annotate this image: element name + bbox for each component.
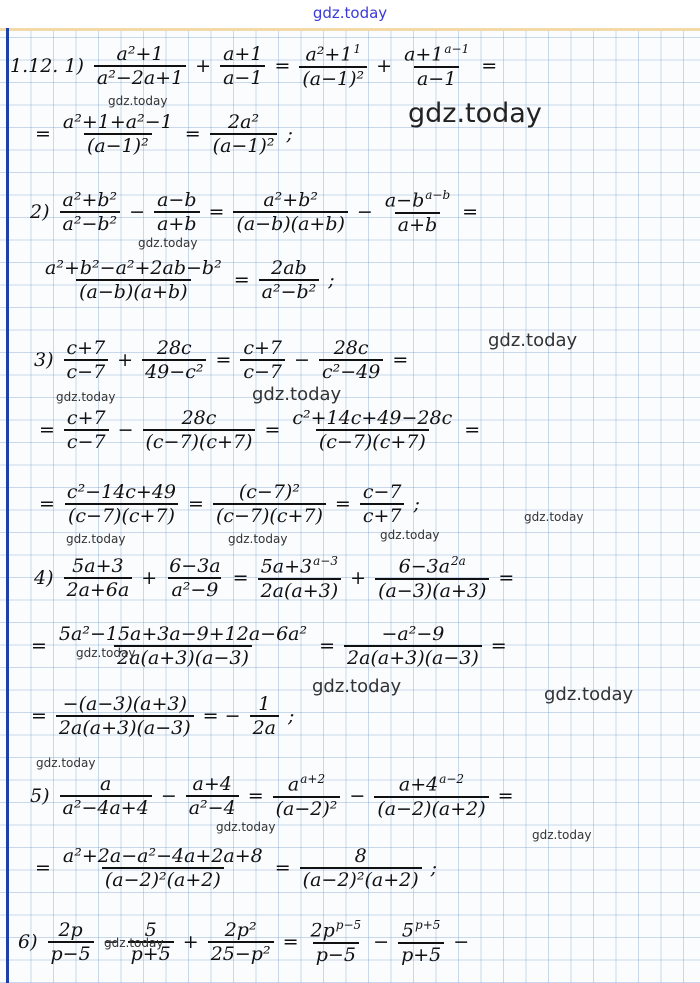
fraction: c+7c−7: [240, 337, 285, 383]
watermark: gdz.today: [36, 756, 95, 770]
fraction: a−ba+b: [154, 189, 199, 235]
fraction: c+7c−7: [64, 337, 109, 383]
fraction: a+4a²−4: [186, 773, 239, 819]
problem-6-line-1: 6) 2pp−5 − 5p+5 + 2p²25−p² = 2pp−5p−5 − …: [18, 912, 474, 972]
fraction: a+1a−1a−1: [401, 42, 472, 89]
exercise-number: 1.12.: [10, 55, 58, 77]
problem-3-line-1: 3) c+7c−7 + 28c49−c² = c+7c−7 − 28cc²−49…: [34, 330, 413, 390]
watermark: gdz.today: [252, 384, 341, 405]
fraction: 5a+32a+6a: [64, 555, 133, 601]
watermark: gdz.today: [408, 98, 542, 129]
watermark: gdz.today: [108, 94, 167, 108]
problem-4-line-1: 4) 5a+32a+6a + 6−3aa²−9 = 5a+3a−32a(a+3)…: [34, 548, 519, 608]
fraction: 2aba²−b²: [259, 257, 320, 303]
fraction: a²+2a−a²−4a+2a+8(a−2)²(a+2): [60, 845, 266, 891]
fraction: 6−3a2a(a−3)(a+3): [375, 554, 489, 601]
margin-line: [6, 28, 9, 983]
problem-2-line-1: 2) a²+b²a²−b² − a−ba+b = a²+b²(a−b)(a+b)…: [30, 182, 483, 242]
watermark: gdz.today: [66, 532, 125, 546]
problem-5-line-2: = a²+2a−a²−4a+2a+8(a−2)²(a+2) = 8(a−2)²(…: [30, 838, 442, 898]
site-watermark-header: gdz.today: [0, 0, 700, 28]
fraction: c²+14c+49−28c(c−7)(c+7): [289, 407, 455, 453]
problem-3-line-2: = c+7c−7 − 28c(c−7)(c+7) = c²+14c+49−28c…: [34, 400, 485, 460]
watermark: gdz.today: [104, 936, 163, 950]
watermark: gdz.today: [380, 528, 439, 542]
fraction: a²+b²a²−b²: [60, 189, 121, 235]
watermark: gdz.today: [138, 236, 197, 250]
fraction: 28c49−c²: [142, 337, 206, 383]
watermark: gdz.today: [76, 646, 135, 660]
watermark: gdz.today: [228, 532, 287, 546]
fraction: 28cc²−49: [319, 337, 383, 383]
problem-4-line-3: = −(a−3)(a+3)2a(a+3)(a−3) = − 12a ;: [26, 686, 299, 746]
fraction: 6−3aa²−9: [166, 555, 223, 601]
fraction: a²+1a²−2a+1: [94, 43, 186, 89]
fraction: 2a²(a−1)²: [210, 111, 278, 157]
fraction: 2p²25−p²: [208, 919, 274, 965]
watermark: gdz.today: [216, 820, 275, 834]
fraction: 5p+5p+5: [398, 918, 444, 965]
fraction: 2pp−5p−5: [308, 918, 365, 965]
watermark: gdz.today: [312, 676, 401, 697]
watermark: gdz.today: [524, 510, 583, 524]
fraction: a+4a−2(a−2)(a+2): [374, 772, 488, 819]
fraction: c−7c+7: [360, 481, 405, 527]
problem-3-line-3: = c²−14c+49(c−7)(c+7) = (c−7)²(c−7)(c+7)…: [34, 474, 425, 534]
fraction: a²+11(a−1)²: [299, 42, 367, 89]
fraction: a²+b²(a−b)(a+b): [233, 189, 347, 235]
fraction: 12a: [250, 693, 279, 739]
fraction: aa²−4a+4: [60, 773, 152, 819]
problem-5-line-1: 5) aa²−4a+4 − a+4a²−4 = aa+2(a−2)² − a+4…: [30, 766, 519, 826]
problem-2-line-2: a²+b²−a²+2ab−b²(a−b)(a+b) = 2aba²−b² ;: [38, 250, 340, 310]
fraction: a²+1+a²−1(a−1)²: [60, 111, 176, 157]
watermark: gdz.today: [532, 828, 591, 842]
watermark: gdz.today: [56, 390, 115, 404]
fraction: 2pp−5: [48, 919, 94, 965]
fraction: c²−14c+49(c−7)(c+7): [64, 481, 179, 527]
fraction: 8(a−2)²(a+2): [300, 845, 422, 891]
problem-label: 1): [64, 55, 84, 77]
fraction: 5a+3a−32a(a+3): [258, 554, 342, 601]
problem-1-line-1: 1.12. 1) a²+1a²−2a+1 + a+1a−1 = a²+11(a−…: [10, 34, 502, 98]
watermark: gdz.today: [488, 330, 577, 351]
fraction: a²+b²−a²+2ab−b²(a−b)(a+b): [42, 257, 225, 303]
watermark: gdz.today: [544, 684, 633, 705]
fraction: aa+2(a−2)²: [273, 772, 341, 819]
fraction: −a²−92a(a+3)(a−3): [344, 623, 482, 669]
fraction: (c−7)²(c−7)(c+7): [213, 481, 326, 527]
problem-1-line-2: = a²+1+a²−1(a−1)² = 2a²(a−1)² ;: [30, 104, 298, 164]
fraction: a+1a−1: [220, 43, 265, 89]
fraction: a−ba−ba+b: [382, 188, 453, 235]
fraction: c+7c−7: [64, 407, 109, 453]
fraction: −(a−3)(a+3)2a(a+3)(a−3): [56, 693, 194, 739]
fraction: 28c(c−7)(c+7): [143, 407, 256, 453]
